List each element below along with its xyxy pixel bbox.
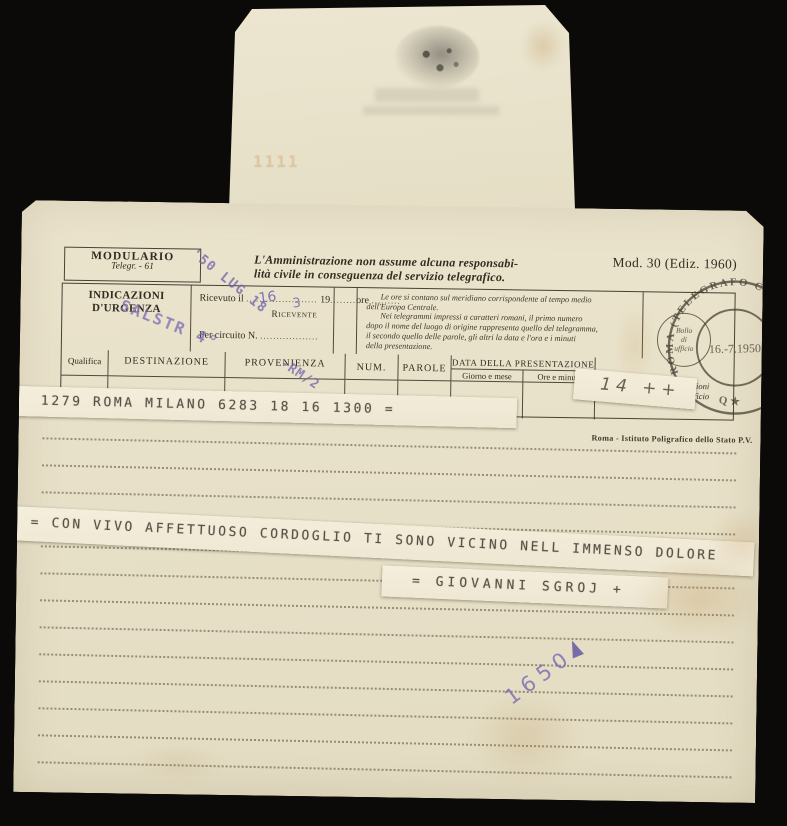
printer-credit: Roma - Istituto Poligrafico dello Stato …: [591, 433, 752, 444]
signature-text: = GIOVANNI SGROJ +: [382, 565, 669, 599]
photo-background: 1111 MODULARIO Telegr. - 61 L'Amministra…: [0, 0, 787, 826]
header-destinazione: DESTINAZIONE: [108, 350, 225, 378]
dotted-line: [39, 653, 733, 670]
paper-stain: [133, 742, 224, 783]
disclaimer: L'Amministrazione non assume alcuna resp…: [254, 252, 564, 285]
circuito-dots: ..................: [260, 331, 319, 342]
dotted-line: [42, 491, 736, 508]
header-qualifica: Qualifica: [61, 350, 108, 377]
dotted-line: [38, 761, 732, 778]
main-sheet: MODULARIO Telegr. - 61 L'Amministrazione…: [13, 200, 764, 803]
postmark-bottom-text: Q ★: [718, 394, 740, 408]
postmark-date: 16.-7.1950: [709, 341, 761, 356]
cell-spacer: [334, 288, 358, 354]
handwritten-minute: 3: [292, 296, 302, 312]
delivery-number-stamp: 1650: [500, 636, 588, 709]
ghost-imprint-numerals: 1111: [253, 152, 300, 171]
dotted-line: [40, 626, 734, 643]
header-parole: PAROLE: [398, 355, 451, 382]
year-prefix: 19: [320, 294, 330, 305]
cell-note: Le ore si contano sul meridiano corrispo…: [357, 288, 644, 358]
header-num: NUM.: [345, 354, 398, 381]
postmark-ring-text: ROMA (TELEGRAFO CENTRALE): [661, 270, 763, 389]
handwritten-hour: 16: [258, 289, 278, 307]
modulario-subtitle: Telegr. - 61: [65, 261, 200, 273]
ghost-imprint-band: [363, 106, 499, 115]
dotted-line: [39, 680, 733, 697]
delivery-number: 1650: [500, 644, 577, 709]
telegram-flap: 1111: [225, 2, 575, 210]
header-giorno-mese: Giorno e mese: [451, 369, 523, 382]
dotted-line: [42, 464, 736, 481]
ink-speckles: [417, 44, 463, 78]
signature-strip: = GIOVANNI SGROJ +: [381, 565, 668, 608]
dotted-line: [38, 707, 732, 724]
modulario-box: MODULARIO Telegr. - 61: [64, 247, 201, 283]
svg-text:ROMA (TELEGRAFO CENTRALE): ROMA (TELEGRAFO CENTRALE): [661, 270, 763, 389]
message-text: = CON VIVO AFFETTUOSO CORDOGLIO TI SONO …: [13, 506, 754, 566]
paper-stain: [521, 20, 565, 72]
ghost-imprint-band: [375, 88, 479, 102]
dotted-line: [38, 734, 732, 751]
